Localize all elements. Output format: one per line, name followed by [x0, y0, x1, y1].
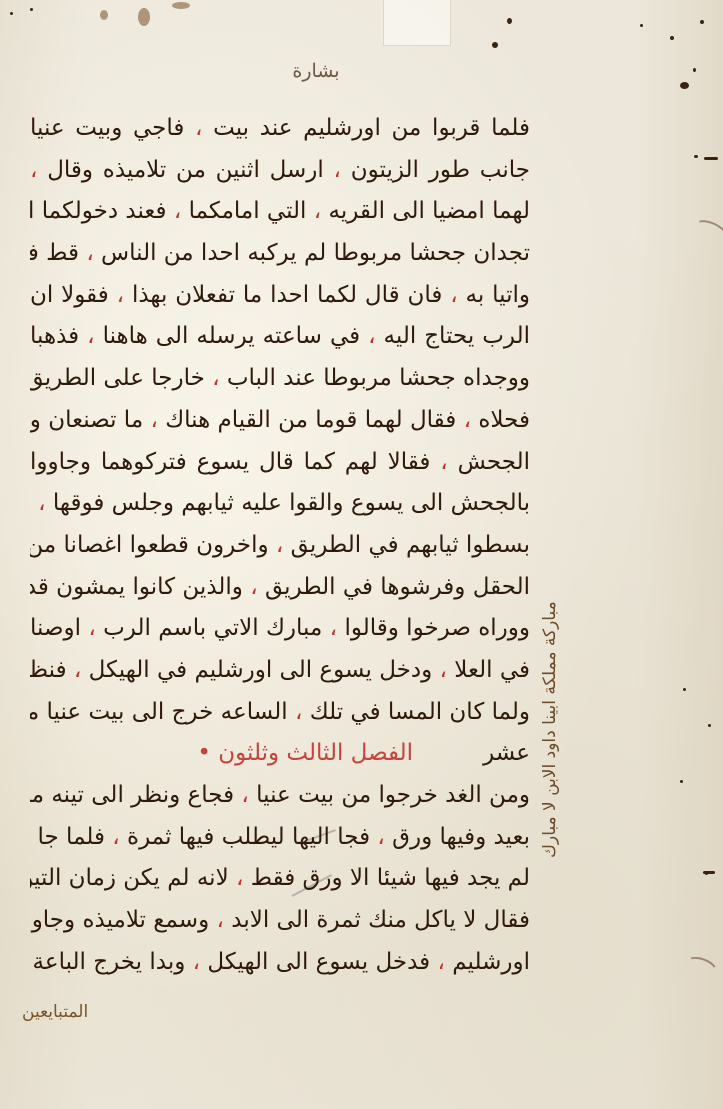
text-segment: لانه لم يكن زمان التين: [30, 865, 236, 891]
speck: [680, 780, 683, 783]
text-segment: ما تصنعان وتحلان: [30, 407, 150, 433]
text-segment: والذين كانوا يمشون قدامه: [30, 574, 250, 600]
text-segment: جانب طور الزيتون: [341, 157, 530, 183]
text-segment: بالجحش الى يسوع والقوا عليه ثيابهم وجلس …: [46, 490, 530, 516]
text-segment: في العلا: [447, 657, 530, 683]
text-segment: لهما امضيا الى القريه: [321, 198, 530, 224]
text-segment: فدخل يسوع الى الهيكل: [200, 949, 437, 975]
main-text-block: فلما قربوا من اورشليم عند بيت ، فاجي وبي…: [30, 108, 530, 983]
text-segment: بعيد وفيها ورق: [385, 824, 530, 850]
text-segment: الرب يحتاج اليه: [376, 323, 530, 349]
text-line: فحلاه ، فقال لهما قوما من القيام هناك ، …: [30, 400, 530, 442]
rubric-verse-mark: ،: [330, 615, 337, 641]
rubric-verse-mark: ،: [88, 615, 95, 641]
text-line: الحقل وفرشوها في الطريق ، والذين كانوا ي…: [30, 567, 530, 609]
text-segment: واتيا به: [458, 282, 530, 308]
text-segment: فلما قربوا من اورشليم عند بيت: [202, 115, 530, 141]
rubric-verse-mark: ،: [87, 323, 94, 349]
catchword: المتبايعين: [22, 1002, 88, 1022]
speck: [700, 20, 704, 24]
text-segment: الجحش: [448, 449, 530, 475]
marginal-note: مباركة مملكة ابينا داود الابن لا مبارك: [540, 595, 576, 865]
text-line: ولما كان المسا في تلك ، الساعه خرج الى ب…: [30, 692, 530, 734]
text-segment: فقال لا ياكل منك ثمرة الى الابد: [224, 907, 530, 933]
text-segment: الساعه خرج الى بيت عنيا مع الاثني: [30, 699, 295, 725]
text-line: تجدان جحشا مربوطا لم يركبه احدا من الناس…: [30, 233, 530, 275]
chapter-heading: الفصل الثالث وثلثون •: [197, 740, 413, 766]
text-segment: ارسل اثنين من تلاميذه وقال: [37, 157, 333, 183]
speck: [30, 8, 33, 11]
page-header-word: بشارة: [286, 60, 346, 82]
rubric-verse-mark: ،: [377, 824, 384, 850]
text-line: بسطوا ثيابهم في الطريق ، واخرون قطعوا اغ…: [30, 525, 530, 567]
text-segment: فحلاه: [471, 407, 530, 433]
text-segment: لم يجد فيها شيئا الا ورق فقط: [243, 865, 530, 891]
text-segment: فقال لهما قوما من القيام هناك: [158, 407, 464, 433]
text-line: ووجداه جحشا مربوطا عند الباب ، خارجا على…: [30, 358, 530, 400]
text-line: لهما امضيا الى القريه ، التي امامكما ، ف…: [30, 191, 530, 233]
text-segment: خارجا على الطريق: [30, 365, 212, 391]
rubric-verse-mark: ،: [440, 449, 447, 475]
text-line: جانب طور الزيتون ، ارسل اثنين من تلاميذه…: [30, 150, 530, 192]
text-line: اورشليم ، فدخل يسوع الى الهيكل ، وبدا يخ…: [30, 942, 530, 984]
rubric-verse-mark: ،: [117, 282, 124, 308]
speck: [492, 42, 498, 48]
text-line: لم يجد فيها شيئا الا ورق فقط ، لانه لم ي…: [30, 858, 530, 900]
rubric-verse-mark: ،: [193, 949, 200, 975]
text-line: بالجحش الى يسوع والقوا عليه ثيابهم وجلس …: [30, 483, 530, 525]
text-segment: فنظر الى الجميع: [30, 657, 74, 683]
text-line: فقال لا ياكل منك ثمرة الى الابد ، وسمع ت…: [30, 900, 530, 942]
speck: [507, 18, 512, 24]
text-segment: عشر: [483, 740, 530, 766]
speck: [640, 24, 643, 27]
text-line: الجحش ، فقالا لهم كما قال يسوع فتركوهما …: [30, 442, 530, 484]
text-segment: الحقل وفرشوها في الطريق: [258, 574, 530, 600]
text-segment: التي امامكما: [181, 198, 314, 224]
wormhole: [138, 8, 150, 26]
text-line: فلما قربوا من اورشليم عند بيت ، فاجي وبي…: [30, 108, 530, 150]
text-segment: ومن الغد خرجوا من بيت عنيا: [249, 782, 530, 808]
marginal-stroke: [682, 953, 721, 983]
tape-strip: [383, 0, 451, 46]
text-segment: بسطوا ثيابهم في الطريق: [283, 532, 530, 558]
text-line: ومن الغد خرجوا من بيت عنيا ، فجاع ونظر ا…: [30, 775, 530, 817]
text-line: الرب يحتاج اليه ، في ساعته يرسله الى هاه…: [30, 316, 530, 358]
speck: [680, 82, 689, 89]
marginal-stroke: [687, 215, 723, 254]
text-segment: فان قال لكما احدا ما تفعلان بهذا: [124, 282, 450, 308]
rubric-verse-mark: ،: [450, 282, 457, 308]
text-segment: فقالا لهم كما قال يسوع فتركوهما وجاووا: [30, 449, 440, 475]
text-segment: فلما جا اليها: [30, 824, 112, 850]
text-segment: فقولا ان: [30, 282, 117, 308]
text-segment: قط فحلاه: [30, 240, 86, 266]
speck: [10, 12, 13, 15]
text-segment: وبدا يخرج الباعة: [30, 949, 193, 975]
text-segment: مبارك الاتي باسم الرب: [96, 615, 330, 641]
text-segment: ولما كان المسا في تلك: [302, 699, 530, 725]
speck: [693, 68, 696, 72]
text-line: واتيا به ، فان قال لكما احدا ما تفعلان ب…: [30, 275, 530, 317]
wormhole: [100, 10, 108, 20]
rubric-verse-mark: ،: [38, 490, 45, 516]
text-line: ووراه صرخوا وقالوا ، مبارك الاتي باسم ال…: [30, 608, 530, 650]
text-line: بعيد وفيها ورق ، فجا اليها ليطلب فيها ثم…: [30, 817, 530, 859]
rubric-verse-mark: ،: [241, 782, 248, 808]
wormhole: [172, 2, 190, 9]
speck: [670, 36, 674, 40]
manuscript-page: بشارة فلما قربوا من اورشليم عند بيت ، فا…: [0, 0, 723, 1109]
text-segment: فجا اليها ليطلب فيها ثمرة: [120, 824, 378, 850]
rubric-verse-mark: ،: [217, 907, 224, 933]
speck: [694, 155, 698, 158]
rubric-verse-mark: ،: [86, 240, 93, 266]
chapter-heading-line: عشرالفصل الثالث وثلثون •: [30, 733, 530, 775]
speck: [683, 688, 686, 691]
speck: [704, 157, 718, 160]
text-line: في العلا ، ودخل يسوع الى اورشليم في الهي…: [30, 650, 530, 692]
text-segment: في ساعته يرسله الى هاهنا: [95, 323, 369, 349]
text-segment: فجاع ونظر الى تينه من: [30, 782, 241, 808]
rubric-verse-mark: ،: [250, 574, 257, 600]
text-segment: فاجي وبيت عنيا: [30, 115, 195, 141]
text-segment: ووراه صرخوا وقالوا: [337, 615, 530, 641]
text-segment: فذهبا: [30, 323, 87, 349]
rubric-verse-mark: ،: [464, 407, 471, 433]
text-segment: اوصنا: [30, 615, 88, 641]
text-segment: وسمع تلاميذه وجاوا الى: [30, 907, 217, 933]
text-segment: اورشليم: [445, 949, 530, 975]
text-segment: واخرون قطعوا اغصانا من: [30, 532, 276, 558]
rubric-verse-mark: ،: [334, 157, 341, 183]
text-segment: وكثيرون: [30, 490, 38, 516]
speck: [708, 724, 711, 727]
rubric-verse-mark: ،: [212, 365, 219, 391]
rubric-verse-mark: ،: [438, 949, 445, 975]
text-segment: ودخل يسوع الى اورشليم في الهيكل: [81, 657, 439, 683]
rubric-verse-mark: ،: [368, 323, 375, 349]
rubric-verse-mark: ،: [150, 407, 157, 433]
text-segment: ووجداه جحشا مربوطا عند الباب: [220, 365, 530, 391]
speck: [703, 871, 715, 874]
rubric-verse-mark: ،: [112, 824, 119, 850]
text-segment: فعند دخولكما اليها: [30, 198, 174, 224]
text-segment: تجدان جحشا مربوطا لم يركبه احدا من الناس: [94, 240, 530, 266]
rubric-verse-mark: ،: [440, 657, 447, 683]
